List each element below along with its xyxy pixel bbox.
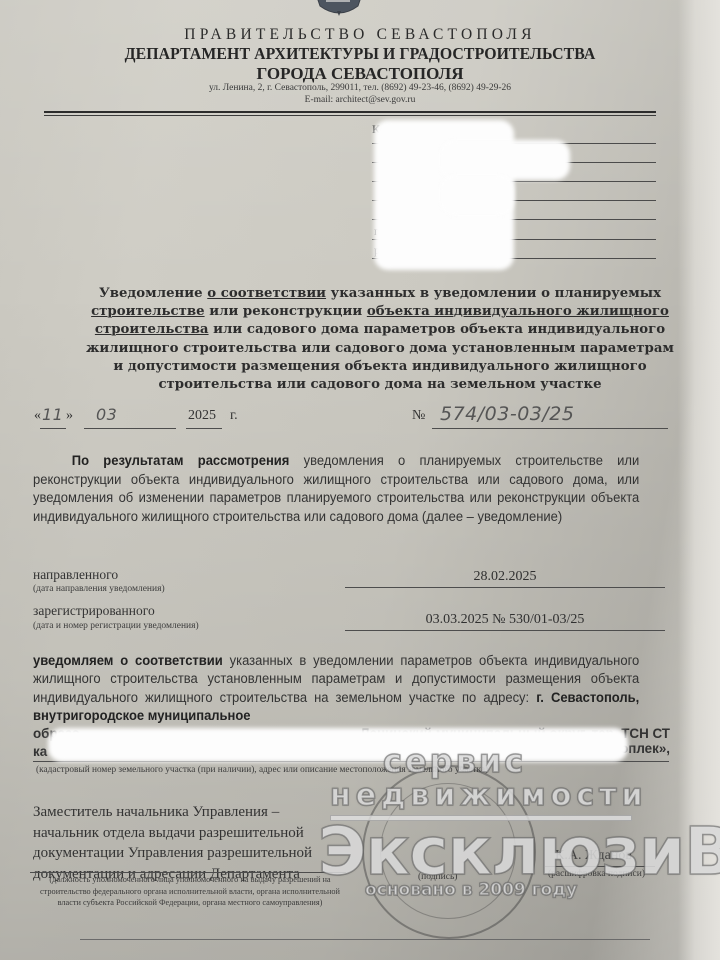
watermark-tagline: основано в 2009 году	[365, 880, 577, 900]
field-registered-line	[345, 630, 665, 631]
field-sent-value: 28.02.2025	[345, 569, 665, 585]
date-year-suffix: г.	[230, 408, 238, 424]
doc-number: 574/03-03/25	[440, 403, 574, 425]
letterhead-rule	[44, 111, 656, 113]
watermark-line-1: сервис	[383, 742, 526, 780]
coat-of-arms-icon	[312, 0, 366, 16]
date-day: 11	[42, 405, 63, 424]
letterhead-department: ДЕПАРТАМЕНТ АРХИТЕКТУРЫ И ГРАДОСТРОИТЕЛЬ…	[25, 44, 695, 64]
date-year: 2025	[188, 408, 216, 424]
doc-number-line	[432, 428, 668, 429]
address-caption: (кадастровый номер земельного участка (п…	[36, 765, 676, 775]
field-sent-label: направленного	[33, 567, 118, 583]
field-registered-sublabel: (дата и номер регистрации уведомления)	[33, 621, 199, 631]
date-day-line	[40, 428, 66, 429]
letterhead-email: E-mail: architect@sev.gov.ru	[0, 95, 720, 105]
title-underlined: о соответствии	[207, 286, 326, 301]
conclusion-paragraph: уведомляем о соответствии указанных в ув…	[33, 652, 639, 726]
intro-paragraph: По результатам рассмотрения уведомления …	[33, 452, 639, 526]
title-underlined: строительстве	[91, 304, 205, 319]
watermark-line-2: недвижимости	[330, 778, 648, 813]
page-bottom-rule	[80, 939, 650, 940]
date-close-quote: »	[66, 408, 73, 424]
letterhead-city: ГОРОДА СЕВАСТОПОЛЯ	[0, 64, 720, 84]
document-title: Уведомление о соответствии указанных в у…	[80, 285, 680, 394]
date-month: 03	[96, 405, 117, 424]
watermark-logo: ЭксклюзиВ	[318, 813, 720, 890]
date-year-line	[186, 428, 222, 429]
redaction-patch	[440, 140, 570, 180]
field-sent-sublabel: (дата направления уведомления)	[33, 584, 165, 594]
address-line-3-start: ка	[33, 744, 47, 759]
field-sent-line	[345, 587, 665, 588]
date-month-line	[84, 428, 176, 429]
signatory-position-caption: (должность уполномоченного лица уполномо…	[30, 874, 350, 909]
doc-number-label: №	[412, 408, 425, 424]
field-registered-label: зарегистрированного	[33, 603, 155, 619]
date-open-quote: «	[34, 408, 41, 424]
letterhead-rule-thin	[44, 115, 656, 116]
letterhead-address: ул. Ленина, 2, г. Севастополь, 299011, т…	[0, 83, 720, 93]
letterhead-government: ПРАВИТЕЛЬСТВО СЕВАСТОПОЛЯ	[0, 26, 720, 44]
redaction-patch	[48, 728, 628, 762]
redaction-patch	[440, 175, 514, 215]
signatory-position-line	[30, 872, 346, 873]
field-registered-value: 03.03.2025 № 530/01-03/25	[345, 612, 665, 628]
